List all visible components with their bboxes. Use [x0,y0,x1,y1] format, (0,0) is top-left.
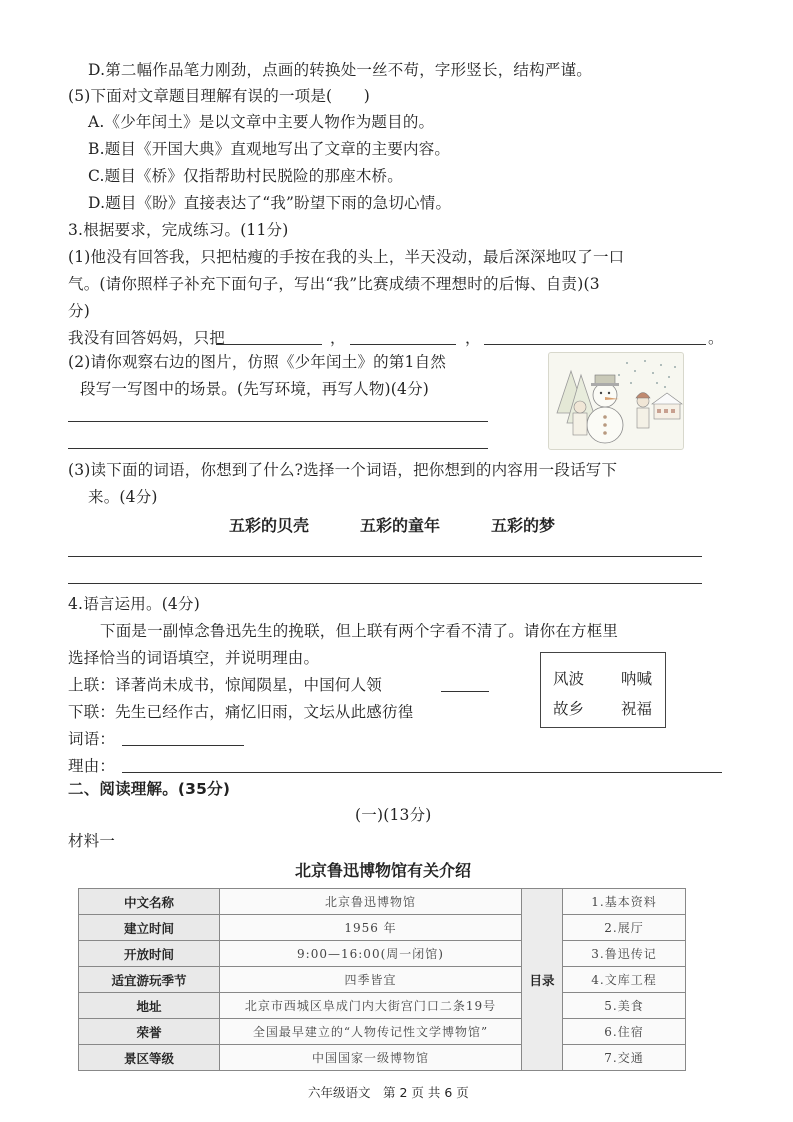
option-a: A.《少年闰土》是以文章中主要人物作为题目的。 [88,112,434,132]
row-value: 1956 年 [220,915,522,941]
catalog-item: 6.住宿 [563,1019,686,1045]
option-b: B.题目《开国大典》直观地写出了文章的主要内容。 [88,139,450,159]
option-c: C.题目《桥》仅指帮助村民脱险的那座木桥。 [88,166,403,186]
row-value: 四季皆宜 [220,967,522,993]
q3-sub3-line2: 来。(4分) [88,487,158,507]
row-value: 北京市西城区阜成门内大街宫门口二条19号 [220,993,522,1019]
word-option-1: 五彩的贝壳 [229,513,309,536]
snowman-illustration [548,352,684,450]
table-row: 地址 北京市西城区阜成门内大街宫门口二条19号 5.美食 [79,993,686,1019]
table-row: 建立时间 1956 年 2.展厅 [79,915,686,941]
catalog-label: 目录 [522,889,563,1071]
word-option-3: 五彩的梦 [491,513,555,536]
catalog-item: 7.交通 [563,1045,686,1071]
table-row: 适宜游玩季节 四季皆宜 4.文库工程 [79,967,686,993]
catalog-item: 1.基本资料 [563,889,686,915]
catalog-item: 5.美食 [563,993,686,1019]
couplet-lower: 下联：先生已经作古，痛忆旧雨，文坛从此感彷徨 [68,702,413,722]
q3-sub2-line1: (2)请你观察右边的图片，仿照《少年闰土》的第1自然 [68,352,446,372]
row-value: 中国国家一级博物馆 [220,1045,522,1071]
q3-sub1-line1: (1)他没有回答我，只把枯瘦的手按在我的头上，半天没动，最后深深地叹了一口 [68,247,624,267]
box-word-2: 呐喊 [621,667,652,689]
answer-blank-1[interactable] [216,344,322,345]
q3-sub2-line2: 段写一写图中的场景。(先写环境，再写人物)(4分) [80,379,429,399]
row-key: 地址 [79,993,220,1019]
couplet-blank[interactable] [441,691,489,692]
box-word-4: 祝福 [621,697,652,719]
writing-line-4[interactable] [68,583,702,584]
writing-line-2[interactable] [68,448,488,449]
row-key: 景区等级 [79,1045,220,1071]
museum-info-table: 中文名称 北京鲁迅博物馆 目录 1.基本资料 建立时间 1956 年 2.展厅 … [78,888,686,1071]
row-key: 适宜游玩季节 [79,967,220,993]
question-5-stem: (5)下面对文章题目理解有误的一项是( ) [68,86,370,106]
table-row: 景区等级 中国国家一级博物馆 7.交通 [79,1045,686,1071]
writing-line-3[interactable] [68,556,702,557]
catalog-item: 3.鲁迅传记 [563,941,686,967]
question-3-title: 3.根据要求，完成练习。(11分) [68,220,289,240]
q4-para1: 下面是一副悼念鲁迅先生的挽联，但上联有两个字看不清了。请你在方框里 [100,621,618,641]
row-key: 建立时间 [79,915,220,941]
material-label: 材料一 [68,831,115,851]
table-row: 荣誉 全国最早建立的“人物传记性文学博物馆” 6.住宿 [79,1019,686,1045]
row-key: 荣誉 [79,1019,220,1045]
row-key: 中文名称 [79,889,220,915]
couplet-upper: 上联：译著尚未成书，惊闻陨星，中国何人领 [68,675,382,695]
section-2-title: 二、阅读理解。(35分) [68,779,230,799]
box-word-1: 风波 [553,667,584,689]
reason-label: 理由： [68,756,115,776]
writing-line-1[interactable] [68,421,488,422]
table-row: 开放时间 9:00—16:00(周一闭馆) 3.鲁迅传记 [79,941,686,967]
option-d-item4: D.第二幅作品笔力刚劲，点画的转换处一丝不苟，字形竖长，结构严谨。 [88,60,592,80]
q3-sub3-line1: (3)读下面的词语，你想到了什么?选择一个词语，把你想到的内容用一段话写下 [68,460,617,480]
word-answer-blank[interactable] [122,745,244,746]
period: 。 [708,328,724,348]
option-d: D.题目《盼》直接表达了“我”盼望下雨的急切心情。 [88,193,451,213]
q4-para2: 选择恰当的词语填空，并说明理由。 [68,648,319,668]
catalog-item: 4.文库工程 [563,967,686,993]
box-word-3: 故乡 [553,697,584,719]
part-1-heading: (一)(13分) [355,805,432,825]
table-title: 北京鲁迅博物馆有关介绍 [295,858,471,881]
comma-1: ， [330,328,346,348]
comma-2: ， [465,328,481,348]
answer-blank-3[interactable] [484,344,706,345]
catalog-item: 2.展厅 [563,915,686,941]
word-label: 词语： [68,729,115,749]
row-value: 全国最早建立的“人物传记性文学博物馆” [220,1019,522,1045]
row-key: 开放时间 [79,941,220,967]
row-value: 9:00—16:00(周一闭馆) [220,941,522,967]
reason-answer-blank[interactable] [122,772,722,773]
page-footer: 六年级语文 第 2 页 共 6 页 [308,1083,469,1101]
q3-sub1-line2: 气。(请你照样子补充下面句子，写出“我”比赛成绩不理想时的后悔、自责)(3 [68,274,600,294]
answer-blank-2[interactable] [350,344,456,345]
row-value: 北京鲁迅博物馆 [220,889,522,915]
question-4-title: 4.语言运用。(4分) [68,594,200,614]
word-option-2: 五彩的童年 [360,513,440,536]
word-choice-box: 风波 呐喊 故乡 祝福 [540,652,666,728]
q3-sub1-line3: 分) [68,301,90,321]
q3-sub1-fill-prefix: 我没有回答妈妈，只把 [68,328,225,348]
table-row: 中文名称 北京鲁迅博物馆 目录 1.基本资料 [79,889,686,915]
